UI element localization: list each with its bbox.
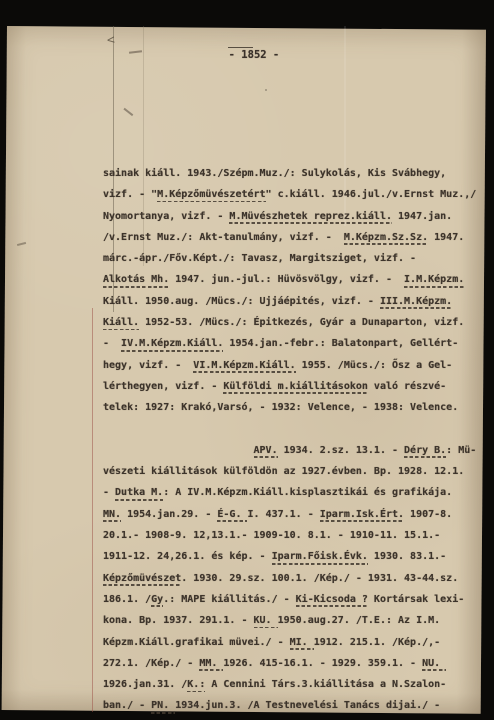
text-line: vészeti kiállitások külföldön az 1927.év…: [103, 461, 483, 482]
text-line-content: Alkotás Mh. 1947. jun.-jul.: Hüvösvölgy,…: [103, 274, 464, 285]
text-line-content: telek: 1927: Krakó,Varsó, - 1932: Velenc…: [103, 402, 458, 413]
typed-underline: [290, 648, 314, 650]
typed-underline: [103, 520, 121, 522]
text-line-content: Képzőmüvészet. 1930. 29.sz. 100.1. /Kép.…: [103, 573, 458, 584]
typed-underline: [422, 669, 446, 671]
typed-underline: [404, 286, 464, 288]
text-line: Kiáll. 1952-53. /Mücs./: Épitkezés, Gyár…: [103, 312, 483, 333]
text-line: Képzőmüvészet. 1930. 29.sz. 100.1. /Kép.…: [103, 568, 483, 589]
text-line-content: 1926.jan.31. /K.: A Cennini Társ.3.kiáll…: [103, 679, 446, 690]
text-line: Kiáll. 1950.aug. /Mücs./: Ujjáépités, vi…: [103, 291, 483, 312]
typed-underline: [320, 520, 404, 522]
typewritten-lines: sainak kiáll. 1943./Szépm.Muz./: Sulykol…: [103, 163, 483, 717]
text-line: Képzm.Kiáll.grafikai müvei./ - MI. 1912.…: [103, 632, 483, 653]
text-line: kona. Bp. 1937. 291.1. - KU. 1950.aug.27…: [103, 610, 483, 631]
typed-underline: [296, 605, 368, 607]
text-line-content: vészeti kiállitások külföldön az 1927.év…: [103, 466, 464, 477]
text-line-content: 1911-12. 24,26.1. és kép. - Iparm.Főisk.…: [103, 551, 446, 562]
typed-underline: [187, 691, 205, 693]
text-line: sainak kiáll. 1943./Szépm.Muz./: Sulykol…: [103, 163, 483, 184]
typed-underline: [103, 329, 139, 331]
text-line: 1911-12. 24,26.1. és kép. - Iparm.Főisk.…: [103, 546, 483, 567]
typed-underline: [254, 627, 278, 629]
typed-underline: [199, 669, 223, 671]
typed-underline: [254, 456, 278, 458]
text-line: hegy, vizf. - VI.M.Képzm.Kiáll. 1955. /M…: [103, 355, 483, 376]
text-line-content: 20.1.- 1908-9. 12,13.1.- 1909-10. 8.1. -…: [103, 530, 440, 541]
text-line: ban./ - PN. 1934.jun.3. /A Testnevelési …: [103, 695, 483, 716]
text-line: [103, 419, 483, 440]
text-line-content: Nyomortanya, vizf. - M.Müvészhetek repre…: [103, 211, 452, 222]
text-line: - Dutka M.: A IV.M.Képzm.Kiáll.kisplaszt…: [103, 482, 483, 503]
text-line-content: sainak kiáll. 1943./Szépm.Muz./: Sulykol…: [103, 168, 446, 179]
page-number-underline: [228, 47, 253, 48]
typed-underline: [217, 520, 247, 522]
text-line-content: Kiáll. 1952-53. /Mücs./: Épitkezés, Gyár…: [103, 317, 464, 328]
text-line: Alkotás Mh. 1947. jun.-jul.: Hüvösvölgy,…: [103, 269, 483, 290]
typed-underline: [272, 563, 368, 565]
text-line: APV. 1934. 2.sz. 13.1. - Déry B.: Mü-: [103, 440, 483, 461]
text-line-content: kona. Bp. 1937. 291.1. - KU. 1950.aug.27…: [103, 615, 440, 626]
page-number: - 1852 -: [216, 34, 279, 48]
page-number-text: - 1852 -: [229, 49, 280, 61]
text-line: 272.1. /Kép./ - MM. 1926. 415-16.1. - 19…: [103, 653, 483, 674]
text-line: 1926.jan.31. /K.: A Cennini Társ.3.kiáll…: [103, 674, 483, 695]
text-line: Nyomortanya, vizf. - M.Müvészhetek repre…: [103, 206, 483, 227]
text-line: lérthegyen, vizf. - Külföldi m.kiállitás…: [103, 376, 483, 397]
typed-underline: [103, 584, 181, 586]
text-line: vizf. - "M.Képzőmüvészetért" c.kiáll. 19…: [103, 184, 483, 205]
typed-underline: [223, 392, 367, 394]
typed-underline: [344, 243, 428, 245]
text-line-content: Képzm.Kiáll.grafikai müvei./ - MI. 1912.…: [103, 637, 440, 648]
text-line: márc.-ápr./Főv.Képt./: Tavasz, Margitszi…: [103, 248, 483, 269]
text-line-content: 272.1. /Kép./ - MM. 1926. 415-16.1. - 19…: [103, 658, 440, 669]
text-line: /v.Ernst Muz./: Akt-tanulmány, vizf. - M…: [103, 227, 483, 248]
text-line-content: /v.Ernst Muz./: Akt-tanulmány, vizf. - M…: [103, 232, 464, 243]
typed-underline: [151, 605, 163, 607]
typed-underline: [115, 499, 163, 501]
typed-underline: [229, 222, 392, 224]
text-line-content: márc.-ápr./Főv.Képt./: Tavasz, Margitszi…: [103, 253, 416, 264]
text-line-content: APV. 1934. 2.sz. 13.1. - Déry B.: Mü-: [103, 445, 476, 456]
text-line: MN. 1954.jan.29. - É-G. I. 437.1. - Ipar…: [103, 504, 483, 525]
typed-underline: [404, 456, 446, 458]
typed-underline: [193, 371, 295, 373]
text-line-content: - IV.M.Képzm.Kiáll. 1954.jan.-febr.: Bal…: [103, 338, 458, 349]
text-line-content: 186.1. /Gy.: MAPE kiállitás./ - Ki-Kicso…: [103, 594, 464, 605]
text-line-content: hegy, vizf. - VI.M.Képzm.Kiáll. 1955. /M…: [103, 360, 452, 371]
text-line-content: ban./ - PN. 1934.jun.3. /A Testnevelési …: [103, 700, 440, 711]
text-line: telek: 1927: Krakó,Varsó, - 1932: Velenc…: [103, 397, 483, 418]
text-line: 186.1. /Gy.: MAPE kiállitás./ - Ki-Kicso…: [103, 589, 483, 610]
typed-underline: [103, 286, 169, 288]
text-line-content: MN. 1954.jan.29. - É-G. I. 437.1. - Ipar…: [103, 509, 452, 520]
typed-underline: [151, 712, 175, 714]
typewritten-text-block: sainak kiáll. 1943./Szépm.Muz./: Sulykol…: [103, 163, 483, 717]
text-line-content: lérthegyen, vizf. - Külföldi m.kiállitás…: [103, 381, 446, 392]
text-line: 20.1.- 1908-9. 12,13.1.- 1909-10. 8.1. -…: [103, 525, 483, 546]
typed-underline: [157, 201, 265, 203]
typed-underline: [380, 307, 452, 309]
text-line-content: - Dutka M.: A IV.M.Képzm.Kiáll.kisplaszt…: [103, 487, 452, 498]
text-line: - IV.M.Képzm.Kiáll. 1954.jan.-febr.: Bal…: [103, 333, 483, 354]
typed-underline: [121, 350, 223, 352]
text-line-content: Kiáll. 1950.aug. /Mücs./: Ujjáépités, vi…: [103, 296, 452, 307]
text-line-content: vizf. - "M.Képzőmüvészetért" c.kiáll. 19…: [103, 189, 476, 200]
